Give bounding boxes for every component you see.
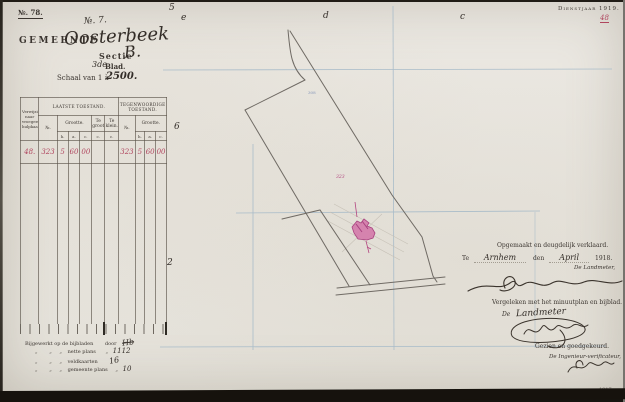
col-header-grootte-nieuw: Grootte. [135, 116, 166, 132]
margin-letter-5: 6 [174, 122, 180, 132]
bijgewerkt-line-1: Bijgewerkt op de bijbladen door Hb [25, 338, 134, 347]
col-header-verwijzing: Verwijzing naar vroegere hulpkaarten. [21, 98, 39, 141]
date-line: Te Arnhem den April 1918. [462, 253, 612, 263]
cell-verwijzing: 48. [21, 141, 39, 164]
cell-oud-a: 60 [68, 141, 80, 164]
vergeleken-statement: Vergeleken met het minuutplan en bijblad… [492, 299, 622, 306]
scan-edge-left [0, 0, 3, 402]
verificateur-label: De Ingenieur-verificateur, [549, 354, 621, 360]
de-label: De [502, 311, 510, 318]
unit-c-nieuw: c. [156, 132, 167, 141]
cell-oud-h: 5 [57, 141, 68, 164]
cell-nieuw-a: 60 [145, 141, 156, 164]
form-number: №. 78. [18, 8, 43, 19]
scan-edge-bottom [0, 388, 625, 402]
scale-tick-thick-2 [165, 322, 167, 335]
te-label: Te [462, 255, 469, 262]
mutation-table: Verwijzing naar vroegere hulpkaarten. La… [20, 97, 167, 324]
schaal-value-handwritten: 2500. [106, 71, 137, 82]
cell-te-groot [92, 141, 105, 164]
ditto-mark: „ [59, 349, 62, 355]
col-group-tegenwoordige-toestand: Tegenwoordige toestand. [119, 98, 167, 116]
parcel-number-blue: 308 [308, 90, 316, 95]
year-value: 1918. [595, 255, 612, 262]
bijgewerkt-line-4: „ „ „ gemeente plans „ 10 [35, 365, 131, 373]
sectie-letter-handwritten: B. [123, 41, 141, 61]
gemeente-plans-label: gemeente plans [68, 367, 108, 373]
schaal-label: Schaal van 1 à [57, 74, 109, 82]
hulpkaart-number-red: 48 [600, 14, 609, 23]
nette-plans-value: 1112 [113, 347, 131, 355]
bijgewerkt-line-3: „ „ „ veldkaarten 16 [35, 356, 120, 365]
col-header-te-groot: Te groot. [92, 116, 105, 132]
ditto-mark: „ [115, 367, 118, 373]
ditto-mark: „ [49, 367, 52, 373]
cell-nieuw-c: 00 [156, 141, 167, 164]
scale-tick-thick-1 [103, 322, 105, 335]
cell-oud-c: 00 [80, 141, 92, 164]
opgemaakt-statement: Opgemaakt en deugdelijk verklaard. [497, 242, 608, 249]
table-empty-row [21, 164, 167, 325]
table-bottom-scale-ticks [20, 324, 167, 334]
unit-h-oud: h. [57, 132, 68, 141]
margin-letter-3: d [323, 11, 329, 21]
cell-oud-no: 323 [39, 141, 57, 164]
scanned-cadastral-document: { "header": { "form_no": "№. 78.", "dien… [0, 0, 625, 402]
bijgewerkt-line-2: „ „ „ nette plans „ 1112 [35, 347, 131, 355]
unit-c-te-klein: c. [105, 132, 119, 141]
place-handwritten: Arnhem [474, 253, 526, 263]
unit-a-oud: a. [68, 132, 80, 141]
parcel-number-red: 323 [336, 175, 345, 180]
ditto-mark: „ [105, 349, 108, 355]
unit-h-nieuw: h. [135, 132, 145, 141]
dienstjaar-label: Dienstjaar 1919. [558, 6, 620, 12]
unit-c-oud: c. [80, 132, 92, 141]
margin-letter-2: e [181, 13, 186, 23]
sheet-number-handwritten: №. 7. [84, 15, 107, 27]
col-header-te-klein: Te klein. [105, 116, 119, 132]
margin-letter-6: 2 [167, 258, 173, 268]
landmeter-label: De Landmeter, [574, 265, 615, 271]
margin-letter-1: 5 [169, 3, 175, 13]
gezien-statement: Gezien en goedgekeurd. [535, 343, 609, 350]
gemeente-plans-value: 10 [123, 365, 132, 373]
ditto-mark: „ [35, 349, 38, 355]
den-label: den [533, 255, 544, 262]
ditto-mark: „ [49, 349, 52, 355]
col-header-no-nieuw: №. [119, 116, 135, 141]
scan-edge-top [0, 0, 625, 2]
month-handwritten: April [549, 253, 589, 263]
ditto-mark: „ [35, 367, 38, 373]
table-row: 48. 323 5 60 00 323 5 60 00 [21, 141, 167, 164]
col-header-no-oud: №. [39, 116, 57, 141]
cell-nieuw-h: 5 [135, 141, 145, 164]
margin-letter-4: c [460, 12, 465, 22]
col-group-laatste-toestand: Laatste toestand. [39, 98, 119, 116]
unit-c-te-groot: c. [92, 132, 105, 141]
cell-nieuw-no: 323 [119, 141, 135, 164]
nette-plans-label: nette plans [68, 349, 96, 355]
col-header-grootte-oud: Grootte. [57, 116, 92, 132]
ditto-mark: „ [59, 367, 62, 373]
unit-a-nieuw: a. [145, 132, 156, 141]
blad-label: Blad. [105, 62, 125, 71]
cell-te-klein [105, 141, 119, 164]
